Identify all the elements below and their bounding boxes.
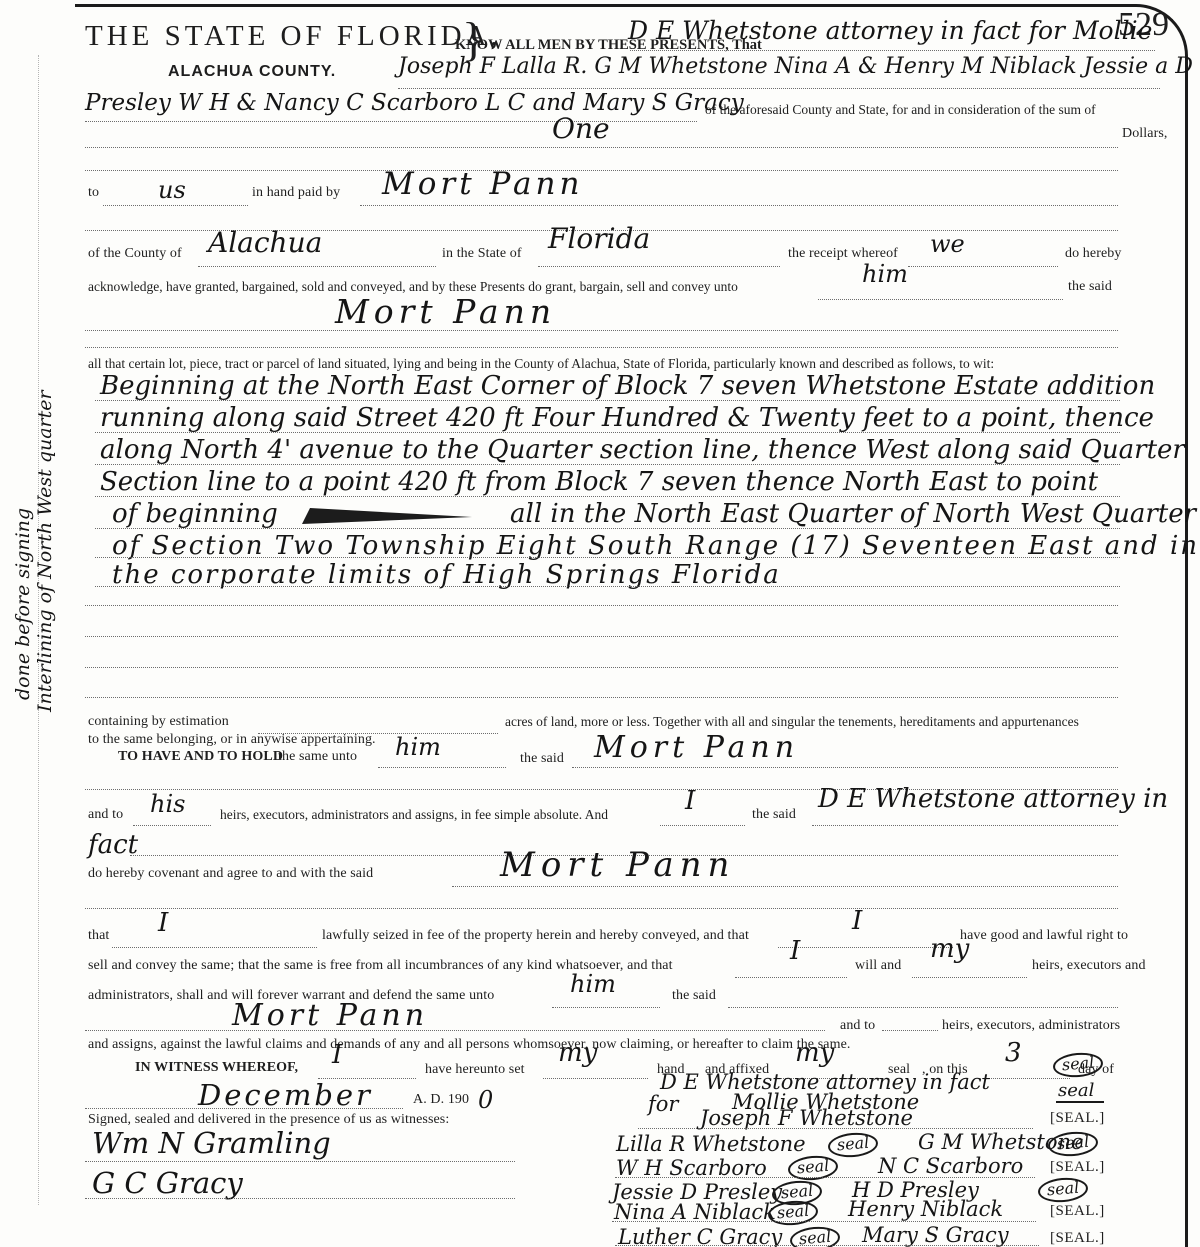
dotted-rule xyxy=(630,50,1155,51)
covenant-agree-text: do hereby covenant and agree to and with… xyxy=(88,866,373,882)
dotted-rule xyxy=(95,586,1120,587)
signature-row-6-left: Luther C Gracy xyxy=(618,1225,782,1247)
dotted-rule xyxy=(452,886,1118,887)
dotted-rule xyxy=(95,432,1120,433)
description-line-1: Beginning at the North East Corner of Bl… xyxy=(100,371,1155,401)
dotted-rule xyxy=(615,1245,1039,1246)
signature-row-2-left: Lilla R Whetstone xyxy=(616,1132,806,1156)
my-handwritten: my xyxy=(558,1038,597,1068)
witness-signature-1: Wm N Gramling xyxy=(92,1126,331,1160)
description-line-5a: of beginning xyxy=(112,499,278,529)
description-line-5b: all in the North East Quarter of North W… xyxy=(510,499,1196,529)
receipt-handwritten: we xyxy=(930,230,965,258)
do-hereby-label: do hereby xyxy=(1065,246,1122,262)
dotted-rule xyxy=(95,496,1120,497)
dotted-rule xyxy=(812,825,1118,826)
the-said-label: the said xyxy=(672,988,716,1004)
dotted-rule xyxy=(572,767,1118,768)
year-digit-handwritten: 0 xyxy=(478,1086,493,1114)
grantee-name-handwritten: Mort Pann xyxy=(594,730,799,765)
the-said-label: the said xyxy=(752,807,796,823)
i-handwritten: I xyxy=(332,1040,342,1070)
the-said-label: the said xyxy=(1068,279,1112,295)
unto-him-handwritten: him xyxy=(395,733,441,761)
dotted-rule xyxy=(882,1030,938,1031)
dotted-rule xyxy=(103,205,248,206)
state-handwritten: Florida xyxy=(548,222,650,255)
description-intro: all that certain lot, piece, tract or pa… xyxy=(88,356,994,372)
dotted-rule xyxy=(95,557,1120,558)
will-and-label: will and xyxy=(855,958,901,974)
pen-flourish xyxy=(300,505,480,527)
dotted-rule xyxy=(85,170,1118,171)
dotted-rule xyxy=(818,299,1063,300)
signature-row-1-left: Joseph F Whetstone xyxy=(700,1106,913,1130)
dotted-rule xyxy=(735,977,847,978)
signature-row-5-right: Henry Niblack xyxy=(848,1197,1003,1221)
dotted-rule xyxy=(85,1030,825,1031)
signature-for-word: for xyxy=(648,1092,678,1116)
consideration-text: of the aforesaid County and State, for a… xyxy=(705,102,1096,118)
belonging-text: to the same belonging, or in anywise app… xyxy=(88,732,376,748)
dotted-rule xyxy=(85,1108,403,1109)
county-title: ALACHUA COUNTY. xyxy=(168,63,336,81)
acres-text: acres of land, more or less. Together wi… xyxy=(505,714,1079,730)
dotted-rule xyxy=(612,1221,1036,1222)
grantee-name-handwritten: Mort Pann xyxy=(335,292,556,331)
dotted-rule xyxy=(85,697,1118,698)
unto-him-handwritten: him xyxy=(570,970,616,998)
seal-handwritten: seal xyxy=(1056,1080,1104,1103)
grantee-name-handwritten: Mort Pann xyxy=(232,998,428,1033)
dotted-rule xyxy=(112,947,317,948)
heirs-executors-label: heirs, executors and xyxy=(1032,958,1146,974)
signature-row-3-right: N C Scarboro xyxy=(878,1154,1023,1178)
dotted-rule xyxy=(85,1161,515,1162)
dotted-rule xyxy=(912,977,1027,978)
the-said-label: the said xyxy=(520,751,564,767)
and-to-label: and to xyxy=(88,807,123,823)
dotted-rule xyxy=(543,1078,648,1079)
grantor-names-line-2: Joseph F Lalla R. G M Whetstone Nina A &… xyxy=(398,54,1200,79)
dotted-rule xyxy=(85,1198,515,1199)
description-line-3: along North 4' avenue to the Quarter sec… xyxy=(100,435,1185,465)
heirs-admin-label: heirs, executors, administrators xyxy=(942,1018,1120,1034)
unto-him-handwritten: him xyxy=(862,260,908,288)
dotted-rule xyxy=(198,266,436,267)
dotted-rule xyxy=(95,400,1120,401)
dotted-rule xyxy=(133,825,211,826)
deed-document-page: 529 THE STATE OF FLORIDA, } ALACHUA COUN… xyxy=(0,0,1200,1247)
payee-handwritten: us xyxy=(158,176,186,204)
witness-signature-2: G C Gracy xyxy=(92,1166,243,1200)
dotted-rule xyxy=(95,528,1120,529)
dotted-rule xyxy=(85,636,1118,637)
in-witness-label: IN WITNESS WHEREOF, xyxy=(135,1060,298,1076)
month-handwritten: December xyxy=(198,1078,373,1112)
seized-text: lawfully seized in fee of the property h… xyxy=(322,928,749,944)
dotted-rule xyxy=(85,605,1118,606)
seal-printed: [SEAL.] xyxy=(1050,1203,1105,1220)
seal-printed: [SEAL.] xyxy=(1050,1159,1105,1176)
right-text: have good and lawful right to xyxy=(960,928,1128,944)
description-line-4: Section line to a point 420 ft from Bloc… xyxy=(100,467,1098,497)
dotted-rule xyxy=(778,947,953,948)
my-handwritten: my xyxy=(795,1038,834,1068)
same-unto-label: the same unto xyxy=(278,749,357,765)
to-label: to xyxy=(88,185,99,201)
dotted-rule xyxy=(908,266,1058,267)
to-have-and-hold-label: TO HAVE AND TO HOLD xyxy=(118,749,283,765)
grantee-name-handwritten: Mort Pann xyxy=(382,166,583,202)
dotted-rule xyxy=(85,147,1118,148)
state-title: THE STATE OF FLORIDA, xyxy=(85,20,502,53)
dotted-rule xyxy=(538,266,780,267)
ad-label: A. D. 190 xyxy=(413,1092,469,1108)
his-handwritten: his xyxy=(150,790,185,818)
dotted-rule xyxy=(982,1078,1070,1079)
dotted-rule xyxy=(85,667,1118,668)
dotted-rule xyxy=(95,464,1120,465)
dotted-rule xyxy=(378,767,506,768)
dotted-rule xyxy=(728,1007,1118,1008)
signature-row-6-right: Mary S Gracy xyxy=(862,1223,1009,1247)
day-number-handwritten: 3 xyxy=(1005,1038,1022,1068)
dotted-rule xyxy=(638,1128,1033,1129)
dotted-rule xyxy=(85,908,1118,909)
dotted-rule xyxy=(552,1007,660,1008)
that-label: that xyxy=(88,928,109,944)
i-handwritten: I xyxy=(790,936,800,966)
grantor-names-line-1: D E Whetstone attorney in fact for Molli… xyxy=(628,16,1152,45)
i-handwritten: I xyxy=(852,906,862,936)
amount-handwritten: One xyxy=(552,112,610,145)
containing-label: containing by estimation xyxy=(88,714,229,730)
attorney-handwritten: D E Whetstone attorney in xyxy=(818,784,1168,814)
hereunto-set-label: have hereunto set xyxy=(425,1062,525,1078)
in-hand-label: in hand paid by xyxy=(252,185,340,201)
i-handwritten: I xyxy=(685,786,695,816)
heirs-text: heirs, executors, administrators and ass… xyxy=(220,807,608,823)
county-handwritten: Alachua xyxy=(208,226,322,259)
dollars-label: Dollars, xyxy=(1122,126,1168,142)
seal-printed: [SEAL.] xyxy=(1050,1230,1105,1247)
and-to-label: and to xyxy=(840,1018,875,1034)
grantor-names-line-3: Presley W H & Nancy C Scarboro L C and M… xyxy=(85,90,744,116)
description-line-2: running along said Street 420 ft Four Hu… xyxy=(100,403,1154,433)
seal-printed: [SEAL.] xyxy=(1050,1110,1105,1127)
dotted-rule xyxy=(85,330,1118,331)
grantee-name-handwritten: Mort Pann xyxy=(500,845,735,885)
margin-note-line-2: done before signing xyxy=(12,455,34,700)
dotted-rule xyxy=(85,347,1118,348)
assigns-text: and assigns, against the lawful claims a… xyxy=(88,1037,851,1053)
dotted-rule xyxy=(660,825,745,826)
margin-note-line-1: Interlining of North West quarter xyxy=(34,367,56,712)
dotted-rule xyxy=(398,88,1160,89)
in-state-label: in the State of xyxy=(442,246,522,262)
of-county-label: of the County of xyxy=(88,246,182,262)
my-handwritten: my xyxy=(930,934,969,964)
dotted-rule xyxy=(360,205,1118,206)
i-handwritten: I xyxy=(158,908,168,938)
